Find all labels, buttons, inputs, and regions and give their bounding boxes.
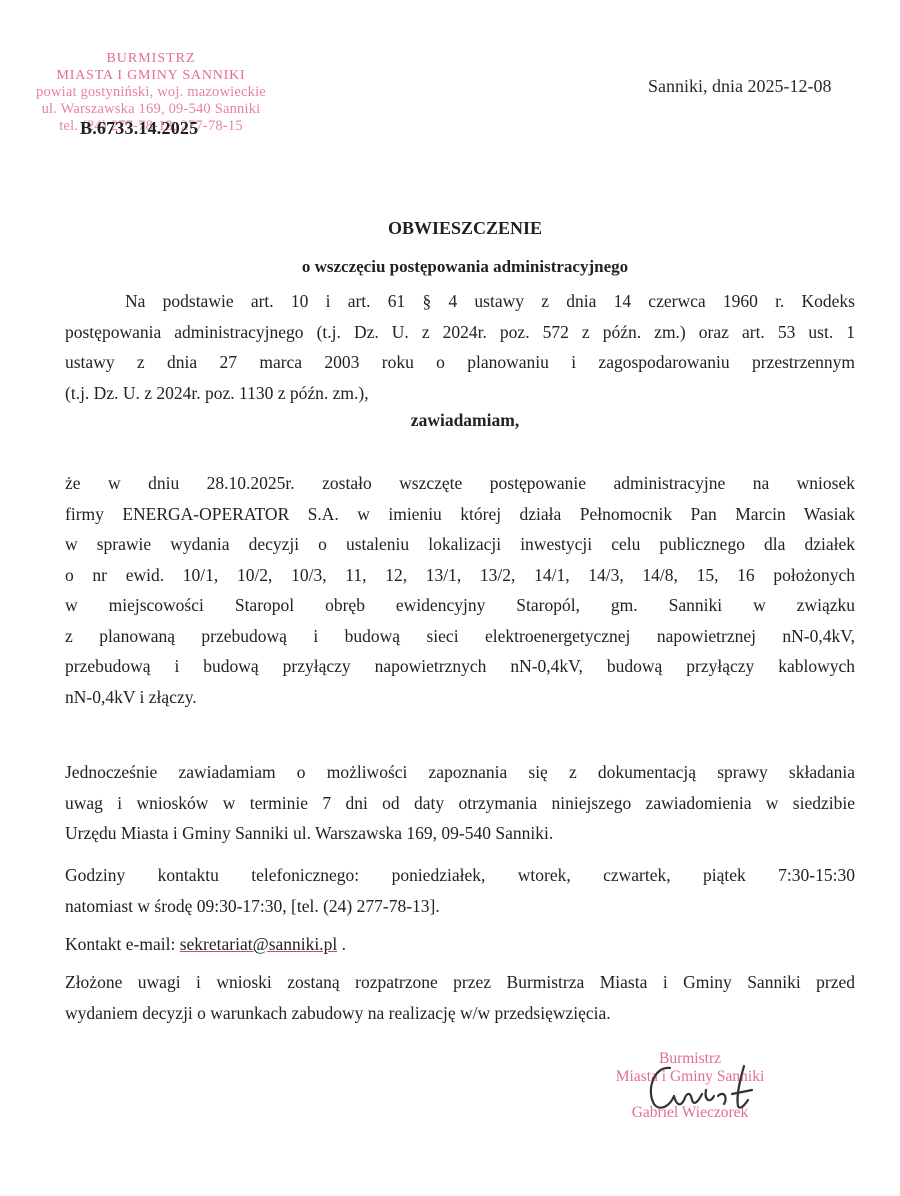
text-line: w miejscowości Staropol obręb ewidencyjn… <box>65 590 855 621</box>
text-line: uwag i wniosków w terminie 7 dni od daty… <box>65 788 855 819</box>
document-title: OBWIESZCZENIE <box>0 218 900 239</box>
hours-paragraph: Godziny kontaktu telefonicznego: poniedz… <box>65 860 855 921</box>
text-line: w sprawie wydania decyzji o ustaleniu lo… <box>65 529 855 560</box>
text-line: ustawy z dnia 27 marca 2003 roku o plano… <box>65 347 855 378</box>
text-line: Kontakt e-mail: sekretariat@sanniki.pl . <box>65 929 855 960</box>
handwritten-signature-icon <box>640 1060 770 1120</box>
info-paragraph: Jednocześnie zawiadamiam o możliwości za… <box>65 757 855 849</box>
text-line: (t.j. Dz. U. z 2024r. poz. 1130 z późn. … <box>65 378 855 409</box>
text-line: przebudową i budową przyłączy napowietrz… <box>65 651 855 682</box>
stamp-line: ul. Warszawska 169, 09-540 Sanniki <box>6 101 296 118</box>
contact-label: Kontakt e-mail: <box>65 934 180 954</box>
text-line: Godziny kontaktu telefonicznego: poniedz… <box>65 860 855 891</box>
notify-heading: zawiadamiam, <box>0 410 900 431</box>
legal-basis-paragraph: Na podstawie art. 10 i art. 61 § 4 ustaw… <box>65 286 855 408</box>
text-line: wydaniem decyzji o warunkach zabudowy na… <box>65 998 855 1029</box>
stamp-line: MIASTA I GMINY SANNIKI <box>6 67 296 84</box>
text-line: o nr ewid. 10/1, 10/2, 10/3, 11, 12, 13/… <box>65 560 855 591</box>
place-date: Sanniki, dnia 2025-12-08 <box>648 76 831 97</box>
text-line: Urzędu Miasta i Gminy Sanniki ul. Warsza… <box>65 818 855 849</box>
text-line: natomiast w środę 09:30-17:30, [tel. (24… <box>65 891 855 922</box>
contact-line: Kontakt e-mail: sekretariat@sanniki.pl . <box>65 929 855 960</box>
reference-number: B.6733.14.2025 <box>80 118 198 139</box>
text-line: z planowaną przebudową i budową sieci el… <box>65 621 855 652</box>
stamp-line: BURMISTRZ <box>6 50 296 67</box>
stamp-line: powiat gostyniński, woj. mazowieckie <box>6 84 296 101</box>
closing-paragraph: Złożone uwagi i wnioski zostaną rozpatrz… <box>65 967 855 1028</box>
contact-suffix: . <box>337 934 346 954</box>
text-line: że w dniu 28.10.2025r. zostało wszczęte … <box>65 468 855 499</box>
text-line: firmy ENERGA-OPERATOR S.A. w imieniu któ… <box>65 499 855 530</box>
text-line: nN-0,4kV i złączy. <box>65 682 855 713</box>
text-line: Jednocześnie zawiadamiam o możliwości za… <box>65 757 855 788</box>
document-subtitle: o wszczęciu postępowania administracyjne… <box>0 257 900 277</box>
text-line: Na podstawie art. 10 i art. 61 § 4 ustaw… <box>65 286 855 317</box>
email-link[interactable]: sekretariat@sanniki.pl <box>180 934 338 954</box>
notice-body-paragraph: że w dniu 28.10.2025r. zostało wszczęte … <box>65 468 855 712</box>
text-line: postępowania administracyjnego (t.j. Dz.… <box>65 317 855 348</box>
text-line: Złożone uwagi i wnioski zostaną rozpatrz… <box>65 967 855 998</box>
